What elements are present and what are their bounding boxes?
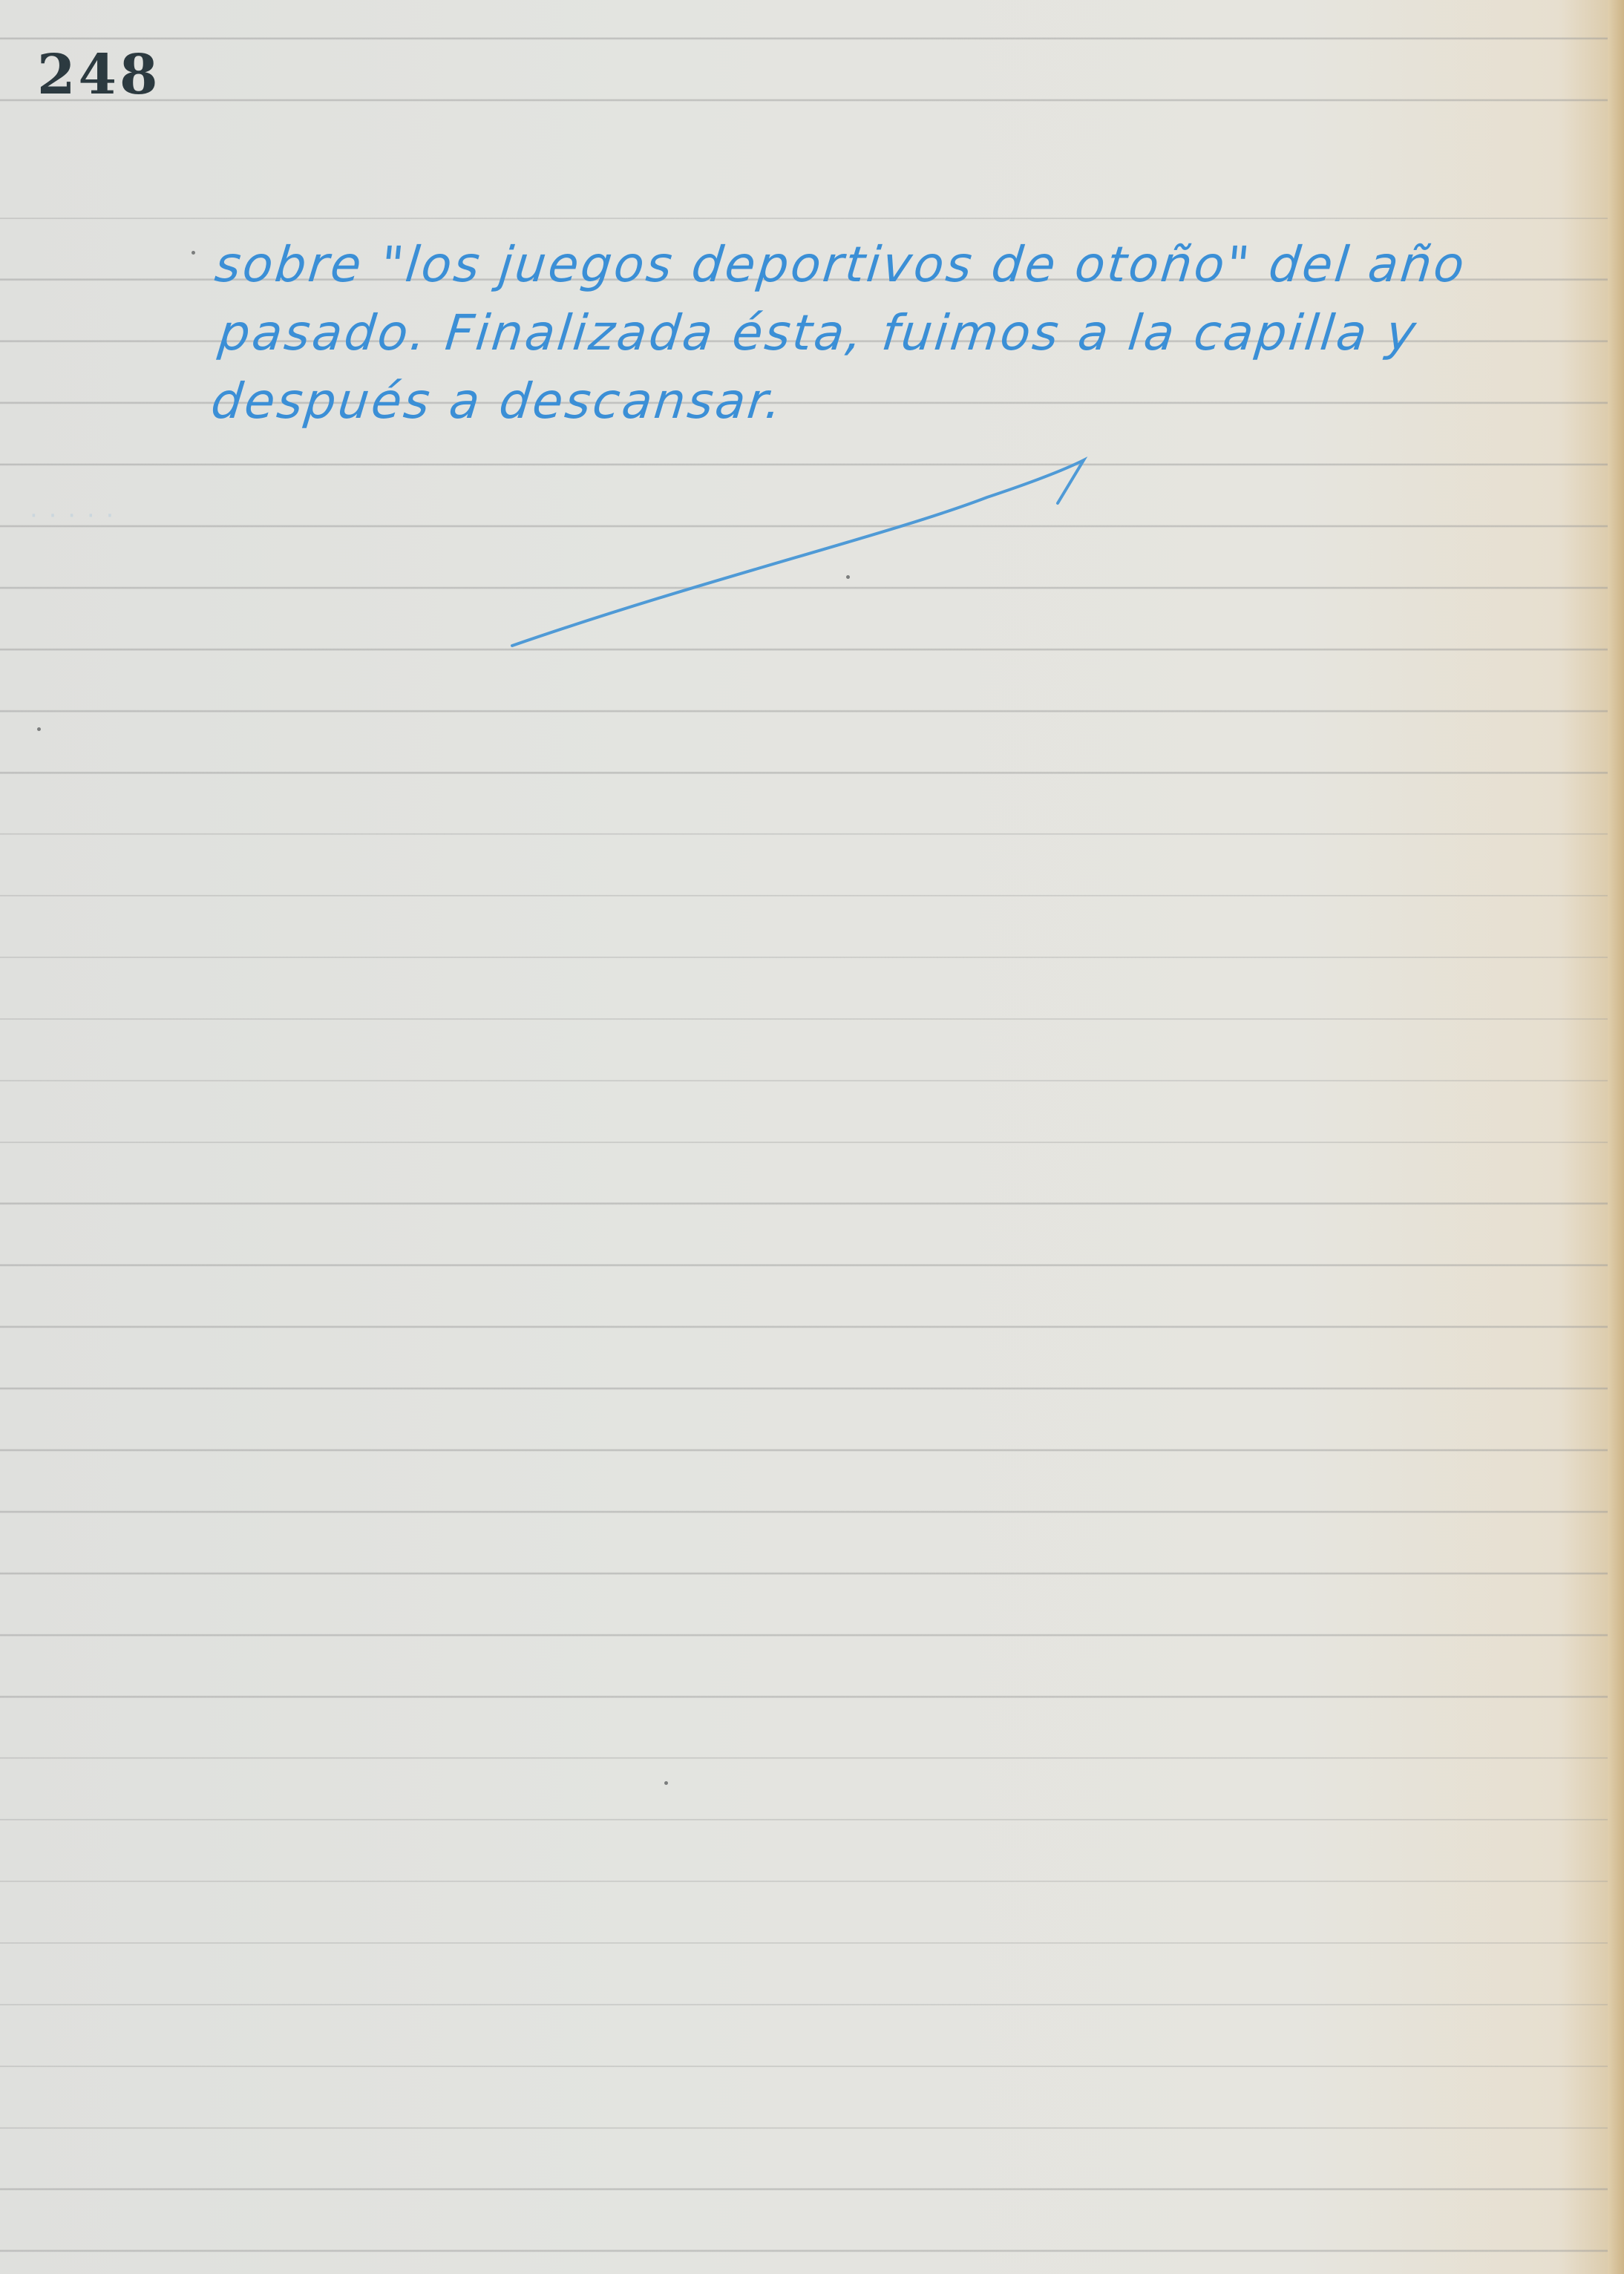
closing-stroke-icon bbox=[0, 0, 1624, 2274]
ink-speck bbox=[191, 251, 195, 255]
ink-speck bbox=[664, 1781, 668, 1785]
ink-speck bbox=[37, 727, 41, 731]
notebook-page: 248 sobre "los juegos deportivos de otoñ… bbox=[0, 0, 1624, 2274]
ink-speck bbox=[846, 575, 850, 579]
